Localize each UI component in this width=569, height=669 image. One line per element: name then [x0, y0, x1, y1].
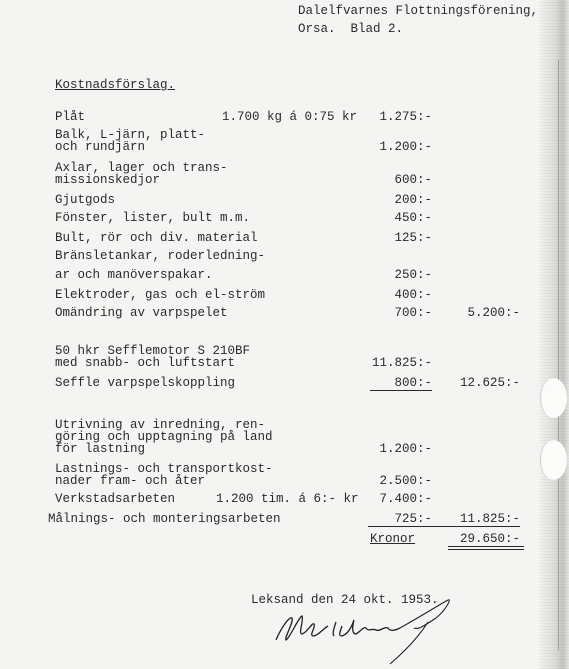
item-label: Fönster, lister, bult m.m.	[55, 211, 250, 225]
signature	[268, 588, 468, 668]
sum-rule	[370, 390, 432, 391]
item-label: Gjutgods	[55, 193, 115, 207]
section-subtotal: 12.625:-	[438, 376, 520, 390]
item-label: med snabb- och luftstart	[55, 356, 235, 370]
item-amount: 250:-	[350, 268, 432, 282]
grand-total: 29.650:-	[438, 532, 520, 546]
item-label: Plåt	[55, 110, 85, 124]
scan-edge-shadow	[539, 0, 569, 669]
location-sheet: Orsa. Blad 2.	[298, 22, 403, 36]
item-amount: 725:-	[350, 512, 432, 526]
punch-hole	[540, 440, 567, 480]
item-label: för lastning	[55, 442, 145, 456]
item-detail: 1.700 kg á 0:75 kr	[222, 110, 357, 124]
document-page: Dalelfvarnes Flottningsförening, Orsa. B…	[0, 0, 569, 669]
item-label: nader fram- och åter	[55, 474, 205, 488]
item-amount: 450:-	[350, 211, 432, 225]
item-amount: 700:-	[350, 306, 432, 320]
item-label: Bult, rör och div. material	[55, 231, 258, 245]
punch-hole	[540, 378, 567, 418]
item-amount: 1.200:-	[350, 442, 432, 456]
item-label: Verkstadsarbeten	[55, 492, 175, 506]
item-amount: 200:-	[350, 193, 432, 207]
item-label: Omändring av varpspelet	[55, 306, 228, 320]
item-detail: 1.200 tim. á 6:- kr	[216, 492, 359, 506]
sum-rule	[368, 526, 520, 527]
item-label: missionskedjor	[55, 173, 160, 187]
item-amount: 7.400:-	[350, 492, 432, 506]
item-label: Målnings- och monteringsarbeten	[48, 512, 281, 526]
section-subtotal: 11.825:-	[438, 512, 520, 526]
item-amount: 125:-	[350, 231, 432, 245]
section-subtotal: 5.200:-	[438, 306, 520, 320]
item-label: Seffle varpspelskoppling	[55, 376, 235, 390]
item-amount: 2.500:-	[350, 474, 432, 488]
item-amount: 800:-	[350, 376, 432, 390]
item-label: Elektroder, gas och el-ström	[55, 288, 265, 302]
item-amount: 400:-	[350, 288, 432, 302]
scan-edge-line	[558, 60, 559, 650]
item-label: Bränsletankar, roderledning-	[55, 249, 265, 263]
item-amount: 600:-	[350, 173, 432, 187]
item-amount: 11.825:-	[350, 356, 432, 370]
item-label: ar och manöverspakar.	[55, 268, 213, 282]
item-amount: 1.275:-	[350, 110, 432, 124]
total-double-rule	[448, 546, 524, 547]
organization-name: Dalelfvarnes Flottningsförening,	[298, 4, 538, 18]
item-amount: 1.200:-	[350, 140, 432, 154]
document-title: Kostnadsförslag.	[55, 78, 175, 92]
item-label: och rundjärn	[55, 140, 145, 154]
total-label: Kronor	[370, 532, 415, 546]
